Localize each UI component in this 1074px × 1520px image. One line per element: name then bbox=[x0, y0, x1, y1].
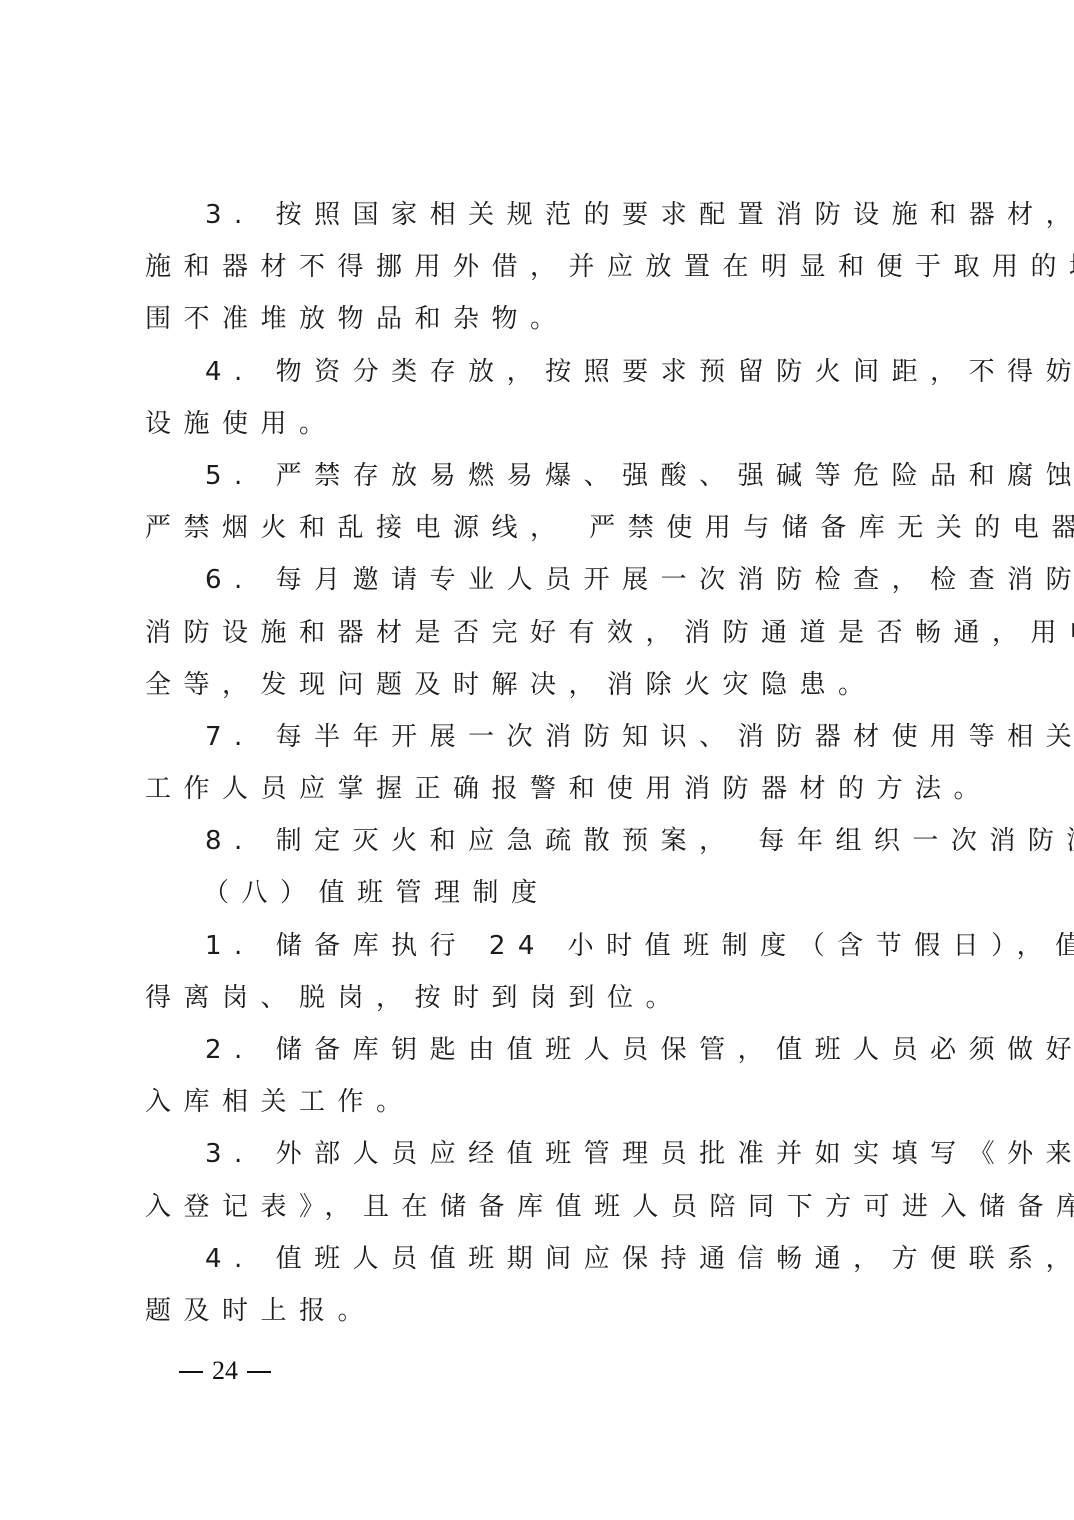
paragraph-4-line-2: 设施使用。 bbox=[145, 398, 945, 450]
paragraph-5-line-1: 5. 严禁存放易燃易爆、强酸、强碱等危险品和腐蚀性物品， bbox=[145, 450, 945, 502]
duty-paragraph-1-line-1: 1. 储备库执行 24 小时值班制度（含节假日），值班人员不 bbox=[145, 920, 945, 972]
duty-paragraph-3-line-1: 3. 外部人员应经值班管理员批准并如实填写《外来人员出 bbox=[145, 1128, 945, 1180]
page-number-value: 24 bbox=[212, 1356, 238, 1385]
duty-paragraph-2-line-1: 2. 储备库钥匙由值班人员保管，值班人员必须做好物资出 bbox=[145, 1024, 945, 1076]
paragraph-6-line-2: 消防设施和器材是否完好有效，消防通道是否畅通，用电是否安 bbox=[145, 607, 945, 659]
document-page-body: 3. 按照国家相关规范的要求配置消防设施和器材，消防设 施和器材不得挪用外借，并… bbox=[145, 189, 945, 1337]
duty-paragraph-4-line-1: 4. 值班人员值班期间应保持通信畅通，方便联系，发现问 bbox=[145, 1233, 945, 1285]
dash-right bbox=[247, 1371, 271, 1373]
paragraph-7-line-1: 7. 每半年开展一次消防知识、消防器材使用等相关培训， bbox=[145, 711, 945, 763]
paragraph-3-line-2: 施和器材不得挪用外借，并应放置在明显和便于取用的地方，周 bbox=[145, 241, 945, 293]
duty-paragraph-4-line-2: 题及时上报。 bbox=[145, 1285, 945, 1337]
duty-paragraph-2-line-2: 入库相关工作。 bbox=[145, 1076, 945, 1128]
paragraph-8-line-1: 8. 制定灭火和应急疏散预案， 每年组织一次消防演练。 bbox=[145, 815, 945, 867]
section-heading-duty-management: （八）值班管理制度 bbox=[145, 867, 945, 919]
duty-paragraph-3-line-2: 入登记表》，且在储备库值班人员陪同下方可进入储备库。 bbox=[145, 1181, 945, 1233]
page-number: 24 bbox=[170, 1356, 280, 1386]
paragraph-5-line-2: 严禁烟火和乱接电源线， 严禁使用与储备库无关的电器设备。 bbox=[145, 502, 945, 554]
paragraph-6-line-1: 6. 每月邀请专业人员开展一次消防检查，检查消防水源、 bbox=[145, 554, 945, 606]
dash-left bbox=[179, 1371, 203, 1373]
paragraph-3-line-3: 围不准堆放物品和杂物。 bbox=[145, 293, 945, 345]
paragraph-3-line-1: 3. 按照国家相关规范的要求配置消防设施和器材，消防设 bbox=[145, 189, 945, 241]
duty-paragraph-1-line-2: 得离岗、脱岗，按时到岗到位。 bbox=[145, 972, 945, 1024]
paragraph-6-line-3: 全等，发现问题及时解决，消除火灾隐患。 bbox=[145, 659, 945, 711]
paragraph-4-line-1: 4. 物资分类存放，按照要求预留防火间距，不得妨碍消防 bbox=[145, 346, 945, 398]
paragraph-7-line-2: 工作人员应掌握正确报警和使用消防器材的方法。 bbox=[145, 763, 945, 815]
